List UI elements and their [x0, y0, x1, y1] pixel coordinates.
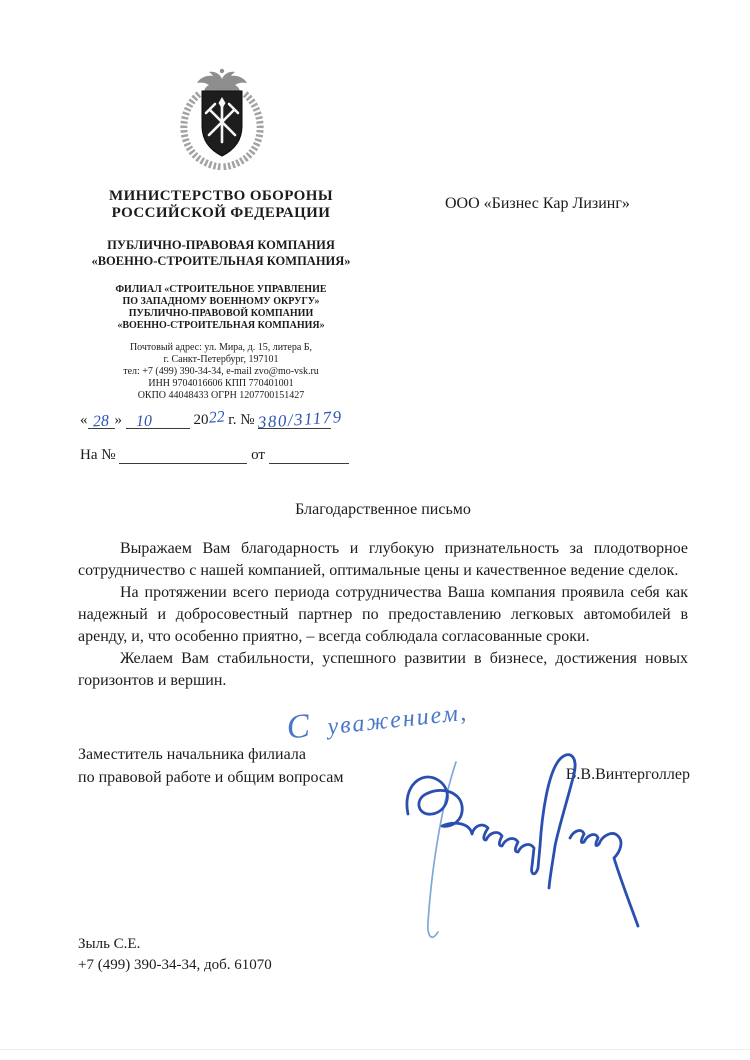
- branch-line2: ПО ЗАПАДНОМУ ВОЕННОМУ ОКРУГУ»: [60, 296, 382, 308]
- reference-line: На № от: [80, 447, 349, 464]
- ministry-name: МИНИСТЕРСТВО ОБОРОНЫ РОССИЙСКОЙ ФЕДЕРАЦИ…: [60, 188, 382, 222]
- year-number-label: г. №: [228, 412, 254, 428]
- executor-contact: Зыль С.Е. +7 (499) 390-34-34, доб. 61070: [78, 934, 272, 976]
- executor-phone: +7 (499) 390-34-34, доб. 61070: [78, 955, 272, 976]
- paragraph-gratitude: Выражаем Вам благодарность и глубокую пр…: [78, 538, 688, 582]
- ot-date-blank: [269, 448, 349, 464]
- postal-address-block: Почтовый адрес: ул. Мира, д. 15, литера …: [60, 342, 382, 402]
- na-number-blank: [119, 448, 247, 464]
- letter-title: Благодарственное письмо: [78, 501, 688, 519]
- paragraph-partnership: На протяжении всего периода сотрудничест…: [78, 582, 688, 648]
- handwritten-year: 22: [208, 408, 226, 427]
- handwritten-signature-icon: [392, 744, 648, 954]
- ministry-line2: РОССИЙСКОЙ ФЕДЕРАЦИИ: [60, 205, 382, 222]
- branch-line1: ФИЛИАЛ «СТРОИТЕЛЬНОЕ УПРАВЛЕНИЕ: [60, 284, 382, 296]
- ministry-emblem-icon: [172, 64, 272, 170]
- ministry-line1: МИНИСТЕРСТВО ОБОРОНЫ: [60, 188, 382, 205]
- date-line: «28» 10 2022 г. № 380/31179: [80, 411, 331, 429]
- company-line2: «ВОЕННО-СТРОИТЕЛЬНАЯ КОМПАНИЯ»: [60, 254, 382, 270]
- close-quote: »: [115, 412, 123, 428]
- branch-name: ФИЛИАЛ «СТРОИТЕЛЬНОЕ УПРАВЛЕНИЕ ПО ЗАПАД…: [60, 284, 382, 332]
- company-line1: ПУБЛИЧНО-ПРАВОВАЯ КОМПАНИЯ: [60, 238, 382, 254]
- paragraph-wishes: Желаем Вам стабильности, успешного разви…: [78, 648, 688, 692]
- address-line4: ИНН 9704016606 КПП 770401001: [60, 378, 382, 390]
- signature-strokes-icon: [392, 744, 648, 954]
- signer-position: Заместитель начальника филиала по правов…: [78, 743, 343, 789]
- recipient-name: ООО «Бизнес Кар Лизинг»: [445, 195, 630, 213]
- branch-line3: ПУБЛИЧНО-ПРАВОВОЙ КОМПАНИИ: [60, 308, 382, 320]
- address-line2: г. Санкт-Петербург, 197101: [60, 354, 382, 366]
- position-line1: Заместитель начальника филиала: [78, 743, 343, 766]
- position-line2: по правовой работе и общим вопросам: [78, 766, 343, 789]
- executor-name: Зыль С.Е.: [78, 934, 272, 955]
- handwritten-outgoing-number: 380/31179: [257, 407, 343, 433]
- handwritten-day: 28: [92, 412, 109, 431]
- address-line5: ОКПО 44048433 ОГРН 1207700151427: [60, 390, 382, 402]
- letter-body: Благодарственное письмо Выражаем Вам бла…: [78, 501, 688, 692]
- handwritten-month: 10: [125, 413, 152, 432]
- ot-label: от: [251, 447, 265, 463]
- open-quote: «: [80, 412, 88, 428]
- letter-page: МИНИСТЕРСТВО ОБОРОНЫ РОССИЙСКОЙ ФЕДЕРАЦИ…: [0, 0, 750, 1060]
- branch-line4: «ВОЕННО-СТРОИТЕЛЬНАЯ КОМПАНИЯ»: [60, 320, 382, 332]
- company-name: ПУБЛИЧНО-ПРАВОВАЯ КОМПАНИЯ «ВОЕННО-СТРОИ…: [60, 238, 382, 269]
- address-line1: Почтовый адрес: ул. Мира, д. 15, литера …: [60, 342, 382, 354]
- page-bottom-edge: [0, 1049, 750, 1050]
- shield-wreath-icon: [172, 64, 272, 170]
- address-line3: тел: +7 (499) 390-34-34, e-mail zvo@mo-v…: [60, 366, 382, 378]
- na-number-label: На №: [80, 447, 116, 463]
- year-century: 20: [194, 412, 209, 428]
